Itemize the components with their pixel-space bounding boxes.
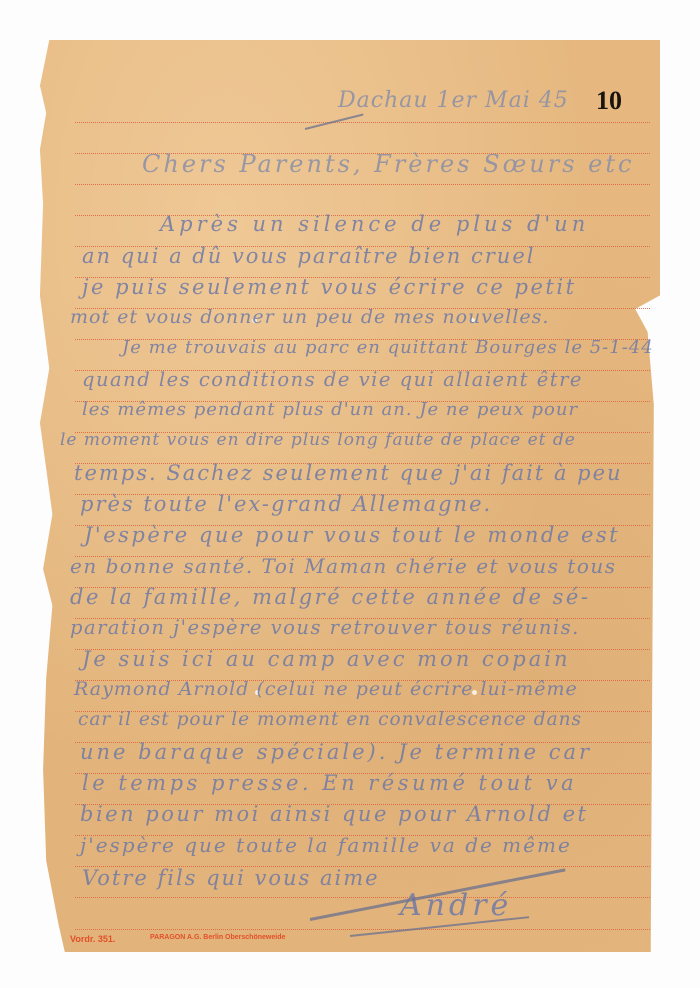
- body-line: Je suis ici au camp avec mon copain: [82, 647, 571, 671]
- body-line: Après un silence de plus d'un: [160, 212, 589, 236]
- body-line: quand les conditions de vie qui allaient…: [82, 368, 583, 391]
- body-line: le temps presse. En résumé tout va: [82, 771, 577, 795]
- body-line: j'espère que toute la famille va de même: [80, 833, 572, 857]
- rule-line: [75, 929, 650, 930]
- body-line: une baraque spéciale). Je termine car: [80, 740, 592, 764]
- body-line: Je me trouvais au parc en quittant Bourg…: [122, 337, 654, 358]
- salutation: Chers Parents, Frères Sœurs etc: [142, 150, 634, 178]
- body-line: temps. Sachez seulement que j'ai fait à …: [74, 461, 623, 485]
- body-line: je puis seulement vous écrire ce petit: [82, 275, 577, 299]
- form-number: Vordr. 351.: [70, 934, 115, 944]
- signature: André: [400, 888, 512, 923]
- rule-line: [75, 897, 650, 898]
- body-line: J'espère que pour vous tout le monde est: [84, 523, 620, 547]
- body-line: paration j'espère vous retrouver tous ré…: [70, 616, 580, 639]
- page-number: 10: [596, 86, 622, 116]
- rule-line: [75, 122, 650, 123]
- body-line: mot et vous donner un peu de mes nouvell…: [70, 306, 549, 328]
- body-line: car il est pour le moment en convalescen…: [78, 709, 582, 730]
- closing-line: Votre fils qui vous aime: [82, 866, 380, 890]
- dateline: Dachau 1er Mai 45: [338, 88, 569, 113]
- body-line: en bonne santé. Toi Maman chérie et vous…: [70, 554, 617, 578]
- body-line: près toute l'ex-grand Allemagne.: [80, 492, 492, 516]
- printer-imprint: PARAGON A.G. Berlin Oberschöneweide: [150, 934, 285, 941]
- body-line: les mêmes pendant plus d'un an. Je ne pe…: [82, 399, 578, 420]
- body-line: Raymond Arnold (celui ne peut écrire lui…: [74, 678, 578, 700]
- body-line: le moment vous en dire plus long faute d…: [60, 430, 576, 450]
- body-line: de la famille, malgré cette année de sé-: [70, 585, 590, 609]
- rule-line: [75, 184, 650, 185]
- body-line: an qui a dû vous paraître bien cruel: [82, 244, 535, 268]
- body-line: bien pour moi ainsi que pour Arnold et: [80, 802, 588, 826]
